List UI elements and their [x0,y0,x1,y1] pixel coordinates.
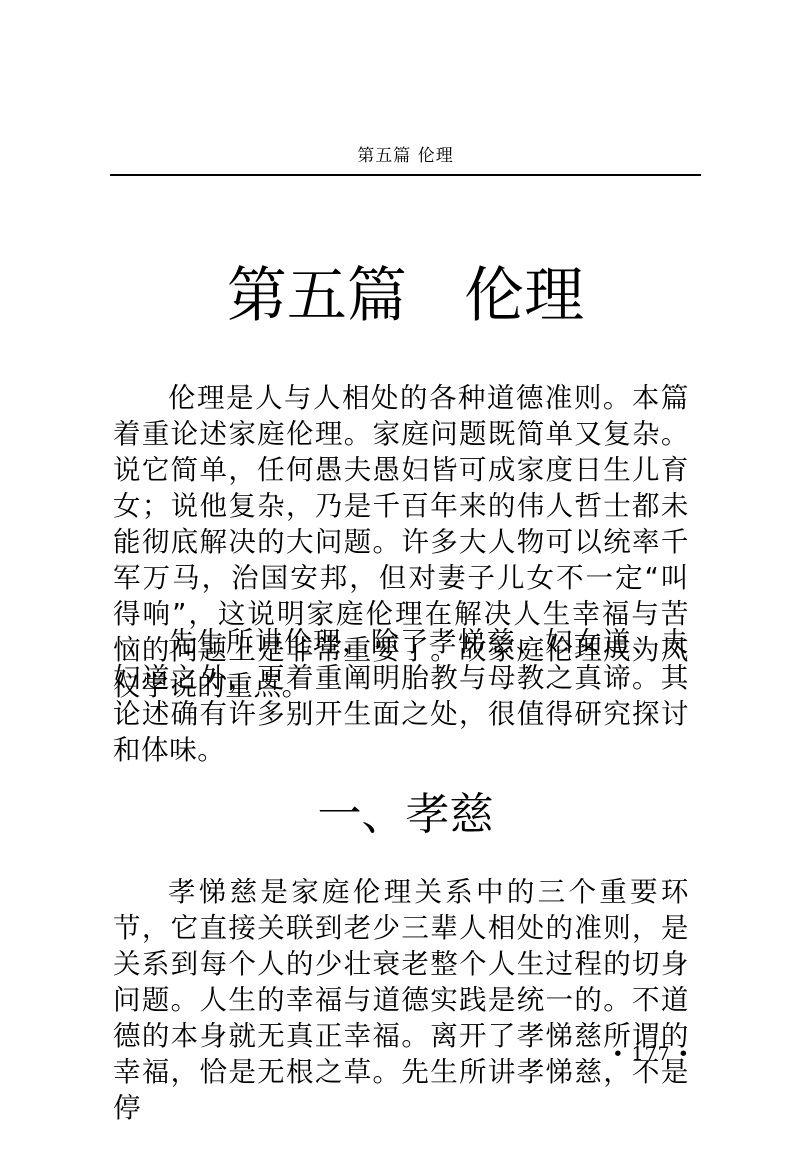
paragraph: 先生所讲伦理，除了孝悌慈、妇女道、夫妇道之外，更着重阐明胎教与母教之真谛。其论述… [113,624,689,768]
intro-paragraph-2: 先生所讲伦理，除了孝悌慈、妇女道、夫妇道之外，更着重阐明胎教与母教之真谛。其论述… [113,624,689,768]
part-title: 第五篇 伦理 [110,258,701,334]
page-number: • 177 • [612,1042,690,1066]
section-paragraph-1: 孝悌慈是家庭伦理关系中的三个重要环节，它直接关联到老少三辈人相处的准则，是关系到… [113,874,689,1126]
header-rule [110,174,701,176]
section-heading: 一、孝慈 [110,785,701,845]
paragraph: 孝悌慈是家庭伦理关系中的三个重要环节，它直接关联到老少三辈人相处的准则，是关系到… [113,874,689,1126]
running-header: 第五篇 伦理 [110,145,701,167]
